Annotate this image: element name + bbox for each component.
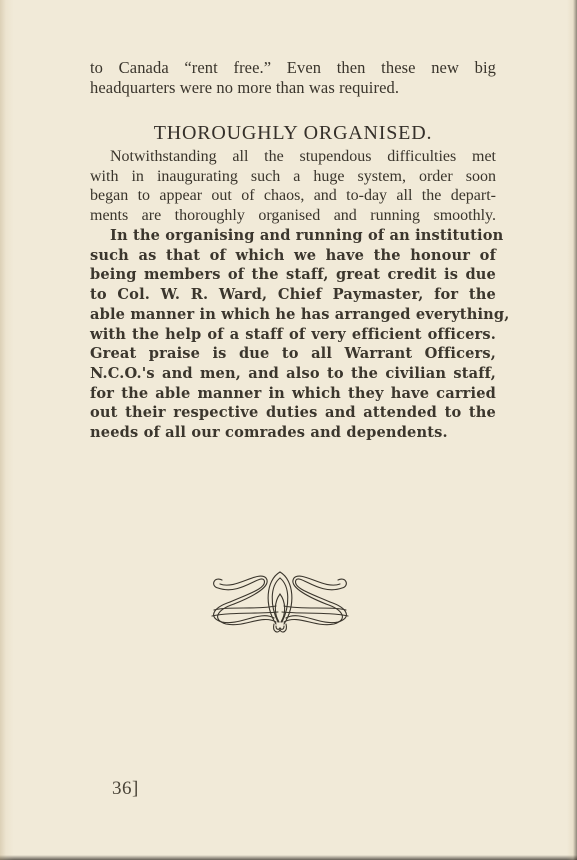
text-line: to Col. W. R. Ward, Chief Paymaster, for… [90,285,496,305]
text-line: N.C.O.'s and men, and also to the civili… [90,364,496,384]
text-line: for the able manner in which they have c… [90,384,496,404]
text-line: out their respective duties and attended… [90,403,496,423]
paragraph-thoroughly-organised: Notwithstanding all the stupendous diffi… [90,147,496,225]
page-number: 36] [112,778,139,800]
text-line: Notwithstanding all the stupendous diffi… [90,147,496,167]
text-line: needs of all our comrades and dependents… [90,423,496,443]
text-line: ments are thoroughly organised and runni… [90,206,496,226]
text-line: with in inaugurating such a huge system,… [90,167,496,187]
intro-paragraph: to Canada “rent free.” Even then these n… [90,58,496,98]
text-line: being members of the staff, great credit… [90,265,496,285]
text-line: able manner in which he has arranged eve… [90,305,496,325]
text-line: began to appear out of chaos, and to-day… [90,186,496,206]
text-line: headquarters were no more than was requi… [90,78,496,98]
ornament-icon [200,566,360,638]
text-line: In the organising and running of an inst… [90,226,496,246]
text-line: to Canada “rent free.” Even then these n… [90,58,496,78]
text-line: such as that of which we have the honour… [90,246,496,266]
section-heading: THOROUGHLY ORGANISED. [90,122,496,145]
text-line: with the help of a staff of very efficie… [90,325,496,345]
text-line: Great praise is due to all Warrant Offic… [90,344,496,364]
paragraph-acknowledgement: In the organising and running of an inst… [90,226,496,443]
book-page: to Canada “rent free.” Even then these n… [0,0,577,860]
